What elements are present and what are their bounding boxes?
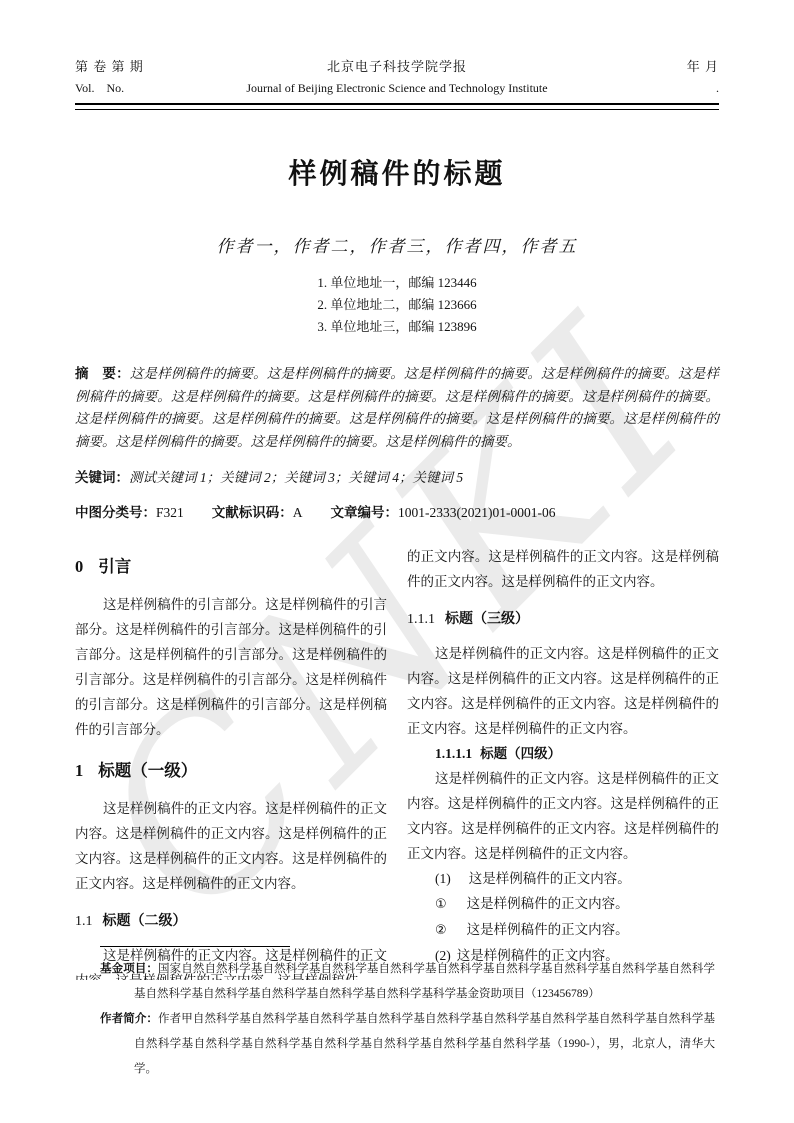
clc-value: F321 xyxy=(156,505,184,520)
author-bio-text: 作者甲自然科学基自然科学基自然科学基自然科学基自然科学基自然科学基自然科学基自然… xyxy=(134,1013,715,1075)
fund-text: 国家自然自然科学基自然科学基自然科学基自然科学基自然科学基自然科学基自然科学基自… xyxy=(134,963,715,1000)
list-item: ②这是样例稿件的正文内容。 xyxy=(407,917,719,943)
affiliations: 1. 单位地址一，邮编 123446 2. 单位地址二，邮编 123666 3.… xyxy=(75,272,719,338)
section-title: 引言 xyxy=(98,558,131,576)
section-1-1-paragraph-continued: 的正文内容。这是样例稿件的正文内容。这是样例稿件的正文内容。这是样例稿件的正文内… xyxy=(407,544,719,594)
header-issue-en: Vol. No. xyxy=(75,78,210,98)
clc-label: 中图分类号： xyxy=(75,505,156,520)
list-text: 这是样例稿件的正文内容。 xyxy=(467,922,629,937)
affiliation-item: 1. 单位地址一，邮编 123446 xyxy=(75,272,719,294)
running-header: 第 卷 第 期 Vol. No. 北京电子科技学院学报 Journal of B… xyxy=(75,56,719,98)
keywords-label: 关键词： xyxy=(75,470,129,485)
section-heading-intro: 0引言 xyxy=(75,554,387,580)
abstract-label: 摘 要： xyxy=(75,366,130,381)
section-title: 标题（三级） xyxy=(445,610,529,626)
doc-code-label: 文献标识码： xyxy=(212,505,293,520)
author-bio-footnote: 作者简介：作者甲自然科学基自然科学基自然科学基自然科学基自然科学基自然科学基自然… xyxy=(100,1007,715,1082)
section-heading-1: 1标题（一级） xyxy=(75,758,387,784)
body-columns: 0引言 这是样例稿件的引言部分。这是样例稿件的引言部分。这是样例稿件的引言部分。… xyxy=(75,544,719,980)
section-title: 标题（一级） xyxy=(98,762,197,780)
fund-label: 基金项目： xyxy=(100,963,158,975)
section-number: 1.1.1 xyxy=(407,612,435,627)
list-item: (1)这是样例稿件的正文内容。 xyxy=(407,866,719,891)
intro-paragraph: 这是样例稿件的引言部分。这是样例稿件的引言部分。这是样例稿件的引言部分。这是样例… xyxy=(75,592,387,742)
section-heading-1-1-1: 1.1.1标题（三级） xyxy=(407,606,719,632)
doc-code-value: A xyxy=(293,505,303,520)
circled-number-icon: ① xyxy=(435,897,447,912)
circled-number-icon: ② xyxy=(435,923,447,938)
keywords-line: 关键词：测试关键词 1；关键词 2；关键词 3；关键词 4；关键词 5 xyxy=(75,467,719,489)
right-column: 的正文内容。这是样例稿件的正文内容。这是样例稿件的正文内容。这是样例稿件的正文内… xyxy=(407,544,719,980)
header-issue-block: 第 卷 第 期 Vol. No. xyxy=(75,56,210,98)
page-title: 样例稿件的标题 xyxy=(75,152,719,192)
section-1-1-1-1-paragraph: 这是样例稿件的正文内容。这是样例稿件的正文内容。这是样例稿件的正文内容。这是样例… xyxy=(407,766,719,866)
header-date-en: . xyxy=(584,78,719,98)
section-1-1-1-paragraph: 这是样例稿件的正文内容。这是样例稿件的正文内容。这是样例稿件的正文内容。这是样例… xyxy=(407,641,719,741)
list-marker: (1) xyxy=(435,871,451,886)
header-date-cn: 年 月 xyxy=(584,56,719,78)
affiliation-item: 2. 单位地址二，邮编 123666 xyxy=(75,294,719,316)
affiliation-item: 3. 单位地址三，邮编 123896 xyxy=(75,316,719,338)
section-number: 1.1.1.1 xyxy=(435,746,472,761)
footnote-separator-rule xyxy=(100,946,290,947)
section-1-paragraph: 这是样例稿件的正文内容。这是样例稿件的正文内容。这是样例稿件的正文内容。这是样例… xyxy=(75,796,387,896)
header-journal-block: 北京电子科技学院学报 Journal of Beijing Electronic… xyxy=(210,56,584,98)
header-issue-cn: 第 卷 第 期 xyxy=(75,56,210,78)
article-id-label: 文章编号： xyxy=(331,505,399,520)
abstract-text: 这是样例稿件的摘要。这是样例稿件的摘要。这是样例稿件的摘要。这是样例稿件的摘要。… xyxy=(75,366,719,449)
section-number: 1.1 xyxy=(75,914,93,929)
list-item: ①这是样例稿件的正文内容。 xyxy=(407,891,719,917)
footnote-area: 基金项目：国家自然自然科学基自然科学基自然科学基自然科学基自然科学基自然科学基自… xyxy=(100,946,715,1082)
author-bio-label: 作者简介： xyxy=(100,1013,158,1025)
section-title: 标题（四级） xyxy=(480,746,561,761)
header-double-rule xyxy=(75,103,719,110)
authors-line: 作者一，作者二，作者三，作者四，作者五 xyxy=(75,232,719,257)
abstract-paragraph: 摘 要：这是样例稿件的摘要。这是样例稿件的摘要。这是样例稿件的摘要。这是样例稿件… xyxy=(75,363,719,453)
journal-title-cn: 北京电子科技学院学报 xyxy=(210,56,584,78)
left-column: 0引言 这是样例稿件的引言部分。这是样例稿件的引言部分。这是样例稿件的引言部分。… xyxy=(75,544,387,980)
list-text: 这是样例稿件的正文内容。 xyxy=(467,896,629,911)
section-heading-1-1: 1.1标题（二级） xyxy=(75,908,387,934)
fund-footnote: 基金项目：国家自然自然科学基自然科学基自然科学基自然科学基自然科学基自然科学基自… xyxy=(100,957,715,1007)
section-number: 1 xyxy=(75,761,83,780)
article-id-value: 1001-2333(2021)01-0001-06 xyxy=(398,505,555,520)
section-heading-1-1-1-1: 1.1.1.1标题（四级） xyxy=(407,741,719,766)
section-title: 标题（二级） xyxy=(103,912,187,928)
keywords-text: 测试关键词 1；关键词 2；关键词 3；关键词 4；关键词 5 xyxy=(129,470,463,485)
meta-line: 中图分类号：F321文献标识码：A文章编号：1001-2333(2021)01-… xyxy=(75,502,719,524)
journal-title-en: Journal of Beijing Electronic Science an… xyxy=(210,78,584,98)
header-date-block: 年 月 . xyxy=(584,56,719,98)
section-number: 0 xyxy=(75,557,83,576)
journal-page: CNKI 第 卷 第 期 Vol. No. 北京电子科技学院学报 Journal… xyxy=(0,0,794,1123)
list-text: 这是样例稿件的正文内容。 xyxy=(469,871,631,886)
